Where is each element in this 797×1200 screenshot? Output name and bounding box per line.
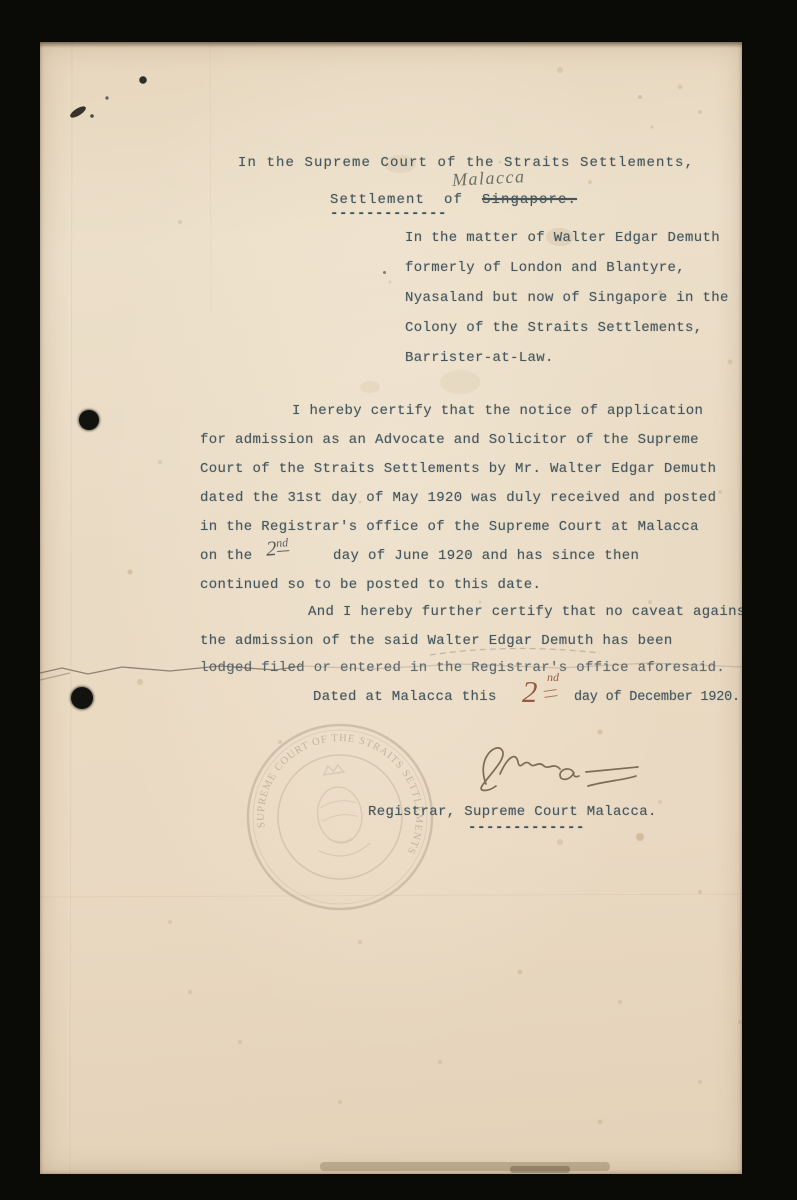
certify-line: on the (200, 548, 253, 564)
struck-out-singapore: Singapore. (482, 192, 577, 208)
certify-line: Court of the Straits Settlements by Mr. … (200, 461, 716, 477)
matter-line: Barrister-at-Law. (405, 350, 554, 366)
scanned-document-photo: { "window": { "background": "#0a0a07" },… (0, 0, 797, 1200)
punch-hole-top (79, 410, 99, 430)
svg-text:SUPREME COURT OF THE STRAITS S: SUPREME COURT OF THE STRAITS SETTLEMENTS (245, 722, 430, 878)
caveat-line: And I hereby further certify that no cav… (308, 604, 742, 620)
matter-line: Nyasaland but now of Singapore in the (405, 290, 729, 306)
stamp-legend-text: SUPREME COURT OF THE STRAITS SETTLEMENTS (245, 722, 430, 878)
handwritten-day-june: 2nd (265, 535, 289, 562)
registrar-title-line: Registrar, Supreme Court Malacca. (368, 804, 657, 820)
header-dashed-rule: ------------- (330, 206, 447, 222)
handwritten-day-december: 2 (522, 676, 538, 707)
handwritten-settlement-correction: Malacca (452, 166, 526, 191)
dated-line-rest: day of December 1920. (574, 690, 740, 705)
certify-line: day of June 1920 and has since then (333, 548, 639, 564)
registrar-dashed-rule: ------------- (468, 820, 585, 836)
matter-line: In the matter of Walter Edgar Demuth (405, 230, 720, 246)
certify-line: in the Registrar's office of the Supreme… (200, 519, 699, 535)
handwritten-day-marks (544, 689, 558, 698)
ink-speck (383, 271, 386, 274)
matter-line: formerly of London and Blantyre, (405, 260, 685, 276)
caveat-line: the admission of the said Walter Edgar D… (200, 633, 673, 649)
registrar-signature (470, 742, 720, 797)
stamp-coat-of-arms (307, 762, 371, 859)
handwritten-day-december-suffix: nd (547, 670, 559, 685)
matter-line: Colony of the Straits Settlements, (405, 320, 703, 336)
certify-line: I hereby certify that the notice of appl… (292, 403, 703, 419)
certify-line: dated the 31st day of May 1920 was duly … (200, 490, 716, 506)
caveat-line: lodged filed or entered in the Registrar… (200, 660, 725, 676)
punch-hole-bottom (71, 687, 93, 709)
certify-line: continued so to be posted to this date. (200, 577, 541, 593)
certify-line: for admission as an Advocate and Solicit… (200, 432, 699, 448)
document-page: In the Supreme Court of the Straits Sett… (40, 42, 742, 1174)
